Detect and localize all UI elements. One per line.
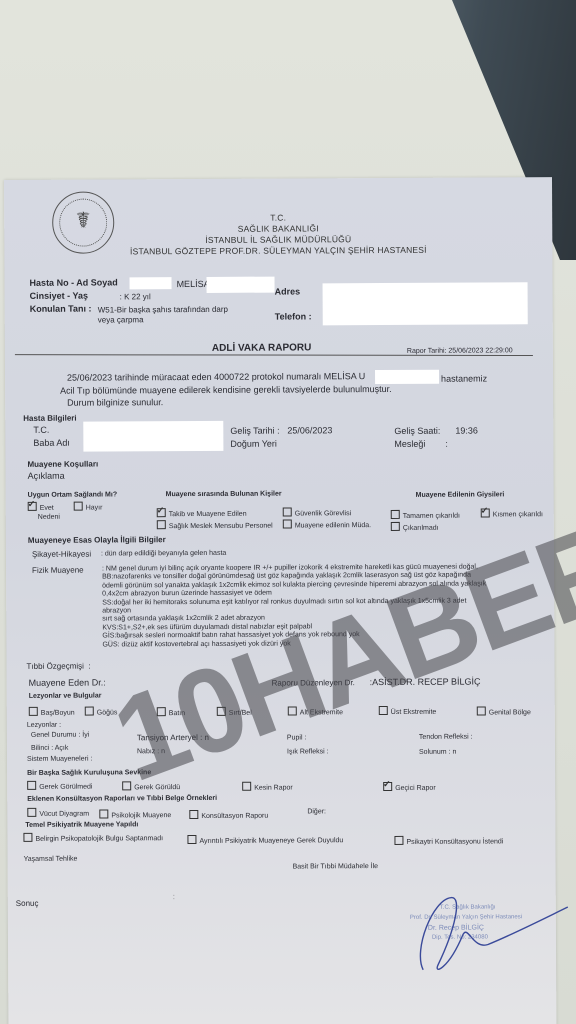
eklenen-title: Eklenen Konsültasyon Raporları ve Tıbbi … [27, 795, 217, 803]
sonuc-label: Sonuç [16, 899, 39, 908]
nedeni-label: Nedeni [38, 514, 60, 521]
gelis-tarihi-label: Geliş Tarihi : [230, 426, 279, 436]
checkbox-label: Genital Bölge [489, 709, 531, 716]
psikiyatrik-item[interactable]: Belirgin Psikopatolojik Bulgu Saptanmadı [23, 832, 163, 843]
bilinci: Bilinci : Açık [31, 745, 68, 752]
checkbox-label: Geçici Rapor [395, 785, 436, 792]
unchecked-box-icon[interactable] [27, 781, 36, 790]
uygun-ortam-title: Uygun Ortam Sağlandı Mı? [28, 491, 117, 498]
baba-adi-label: Baba Adı [33, 438, 70, 448]
aciklama-label: Açıklama [28, 471, 65, 481]
redacted-intro-surname [375, 370, 439, 384]
watermark-text: 10HABER [97, 495, 576, 809]
sevk-item[interactable]: Kesin Rapor [242, 781, 293, 791]
meslek-label: Mesleği [394, 439, 425, 449]
unchecked-box-icon[interactable] [187, 835, 196, 844]
checkbox-label: Takib ve Muayene Edilen [169, 511, 247, 518]
intro-line-1: 25/06/2023 tarihinde müracaat eden 40007… [67, 371, 365, 383]
evet-check-icon[interactable] [28, 502, 37, 511]
lezyonlar-item[interactable]: Genital Bölge [477, 706, 531, 716]
unchecked-box-icon[interactable] [157, 520, 166, 529]
yasamsal-tehlike-label: Yaşamsal Tehlike [24, 856, 78, 863]
gelis-saati-label: Geliş Saati: [394, 426, 440, 436]
intro-line-2: Acil Tıp bölümünde muayene edilerek kend… [60, 384, 392, 396]
checked-box-icon[interactable] [157, 508, 166, 517]
gelis-saati-value: 19:36 [455, 426, 478, 436]
tendon-refleksi: Tendon Refleksi : [419, 734, 473, 741]
genel-durumu: Genel Durumu : İyi [31, 732, 89, 739]
checked-box-icon[interactable] [481, 508, 490, 517]
sikayet-label: Şikayet-Hikayesi [32, 550, 91, 559]
report-title: ADLİ VAKA RAPORU [212, 342, 312, 354]
kisiler-item[interactable]: Takib ve Muayene Edilen [157, 508, 247, 518]
checkbox-label: Çıkarılmadı [403, 525, 439, 532]
cinsiyet-value: : K 22 yıl [120, 292, 151, 301]
eklenen-item[interactable]: Vücut Diyagram [27, 808, 89, 818]
checkbox-label: Vücut Diyagram [39, 811, 89, 818]
hayir-check-icon[interactable] [74, 502, 83, 511]
unchecked-box-icon[interactable] [23, 833, 32, 842]
header-hospital: İSTANBUL GÖZTEPE PROF.DR. SÜLEYMAN YALÇI… [4, 244, 552, 257]
unchecked-box-icon[interactable] [391, 510, 400, 519]
muayene-eden-label: Muayene Eden Dr.: [29, 677, 106, 687]
psikiyatrik-item[interactable]: Psikaytri Konsültasyonu İstendi [394, 835, 503, 846]
eklenen-item[interactable]: Psikolojik Muayene [99, 809, 171, 819]
tc-label: T.C. [33, 425, 49, 435]
redacted-surname [207, 277, 275, 293]
checkbox-label: Tamamen çıkarıldı [403, 513, 460, 520]
unchecked-box-icon[interactable] [283, 507, 292, 516]
hasta-ad-value: MELİSA [177, 279, 210, 289]
checkbox-label: Muayene edilenin Müda. [295, 522, 371, 529]
checkbox-label: Psikolojik Muayene [111, 812, 171, 819]
tani-label: Konulan Tanı : [30, 304, 92, 314]
telefon-label: Telefon : [275, 311, 312, 321]
checkbox-label: Gerek Görülmedi [39, 784, 92, 791]
hayir-checkbox[interactable]: Hayır [74, 501, 103, 511]
dogum-yeri-label: Doğum Yeri [230, 439, 277, 449]
eklenen-item[interactable]: Konsültasyon Raporu [189, 810, 268, 820]
checkbox-label: Konsültasyon Raporu [201, 813, 268, 820]
tani-value-1: W51-Bir başka şahıs tarafından darp [98, 305, 228, 315]
checkbox-label: Kesin Rapor [254, 784, 293, 791]
kisiler-item[interactable]: Güvenlik Görevlisi [283, 507, 351, 517]
unchecked-box-icon[interactable] [29, 707, 38, 716]
unchecked-box-icon[interactable] [122, 781, 131, 790]
unchecked-box-icon[interactable] [99, 809, 108, 818]
fizik-label: Fizik Muayene [32, 566, 84, 575]
unchecked-box-icon[interactable] [394, 836, 403, 845]
intro-line-3: Durum bilginize sunulur. [67, 397, 163, 408]
unchecked-box-icon[interactable] [85, 707, 94, 716]
redacted-tc-baba [83, 421, 223, 452]
giysiler-item[interactable]: Tamamen çıkarıldı [391, 510, 460, 520]
lezyonlar-item[interactable]: Baş/Boyun [29, 707, 75, 717]
hasta-no-label: Hasta No - Ad Soyad [30, 277, 118, 287]
checked-box-icon[interactable] [383, 782, 392, 791]
giysiler-item[interactable]: Çıkarılmadı [391, 522, 439, 532]
unchecked-box-icon[interactable] [391, 522, 400, 531]
redacted-hasta-no [130, 277, 172, 289]
basit-mudahale-label: Basit Bir Tıbbi Müdahele İle [293, 863, 379, 870]
olay-title: Muayeneye Esas Olayla İlgili Bilgiler [28, 535, 166, 545]
lezyonlar-label: Lezyonlar : [27, 722, 61, 729]
solunum: Solunum : n [419, 749, 456, 756]
giysiler-title: Muayene Edilenin Giysileri [416, 491, 505, 498]
ozgecmis-label: Tıbbi Özgeçmişi : [27, 662, 91, 671]
muayene-kosullari-title: Muayene Koşulları [27, 460, 98, 469]
psikiyatrik-title: Temel Psikiyatrik Muayene Yapıldı [25, 821, 138, 829]
sistem-muayeneleri: Sistem Muayeneleri : [27, 756, 92, 763]
sikayet-value: : dün darp edildiği beyanıyla gelen hast… [101, 550, 226, 558]
sonuc-value: : [173, 892, 175, 901]
adres-label: Adres [275, 286, 301, 296]
checkbox-label: Baş/Boyun [41, 710, 75, 717]
psikiyatrik-item[interactable]: Ayrıntılı Psikiyatrik Muayeneye Gerek Du… [187, 834, 343, 845]
meslek-value: : [445, 439, 448, 449]
kisiler-item[interactable]: Muayene edilenin Müda. [283, 519, 371, 529]
lezyon-title: Lezyonlar ve Bulgular [29, 692, 102, 699]
intro-line-1b: hastanemiz [441, 373, 487, 383]
unchecked-box-icon[interactable] [242, 782, 251, 791]
kisiler-title: Muayene sırasında Bulunan Kişiler [166, 491, 282, 499]
sevk-item[interactable]: Gerek Görülmedi [27, 781, 92, 791]
forensic-report-document: ☤ T.C. SAĞLIK BAKANLIĞI İSTANBUL İL SAĞL… [4, 177, 556, 1024]
unchecked-box-icon[interactable] [27, 808, 36, 817]
checkbox-label: Psikaytri Konsültasyonu İstendi [406, 838, 503, 846]
signature-icon [393, 889, 573, 980]
checkbox-label: Güvenlik Görevlisi [295, 510, 351, 517]
checkbox-label: Sağlık Meslek Mensubu Personel [169, 523, 273, 531]
unchecked-box-icon[interactable] [189, 810, 198, 819]
report-date: Rapor Tarihi: 25/06/2023 22:29:00 [407, 347, 513, 355]
redacted-address-phone [323, 282, 528, 325]
unchecked-box-icon[interactable] [283, 519, 292, 528]
diger-label: Diğer: [307, 808, 326, 815]
unchecked-box-icon[interactable] [477, 706, 486, 715]
kisiler-item[interactable]: Sağlık Meslek Mensubu Personel [157, 520, 273, 531]
cinsiyet-label: Cinsiyet - Yaş [30, 291, 88, 301]
evet-checkbox[interactable]: Evet [28, 502, 54, 512]
checkbox-label: Ayrıntılı Psikiyatrik Muayeneye Gerek Du… [199, 837, 343, 845]
tani-value-2: veya çarpma [98, 315, 144, 324]
gelis-tarihi-value: 25/06/2023 [287, 425, 332, 435]
checkbox-label: Belirgin Psikopatolojik Bulgu Saptanmadı [35, 835, 163, 843]
hasta-bilgileri-title: Hasta Bilgileri [23, 414, 76, 423]
sevk-item[interactable]: Geçici Rapor [383, 782, 436, 792]
